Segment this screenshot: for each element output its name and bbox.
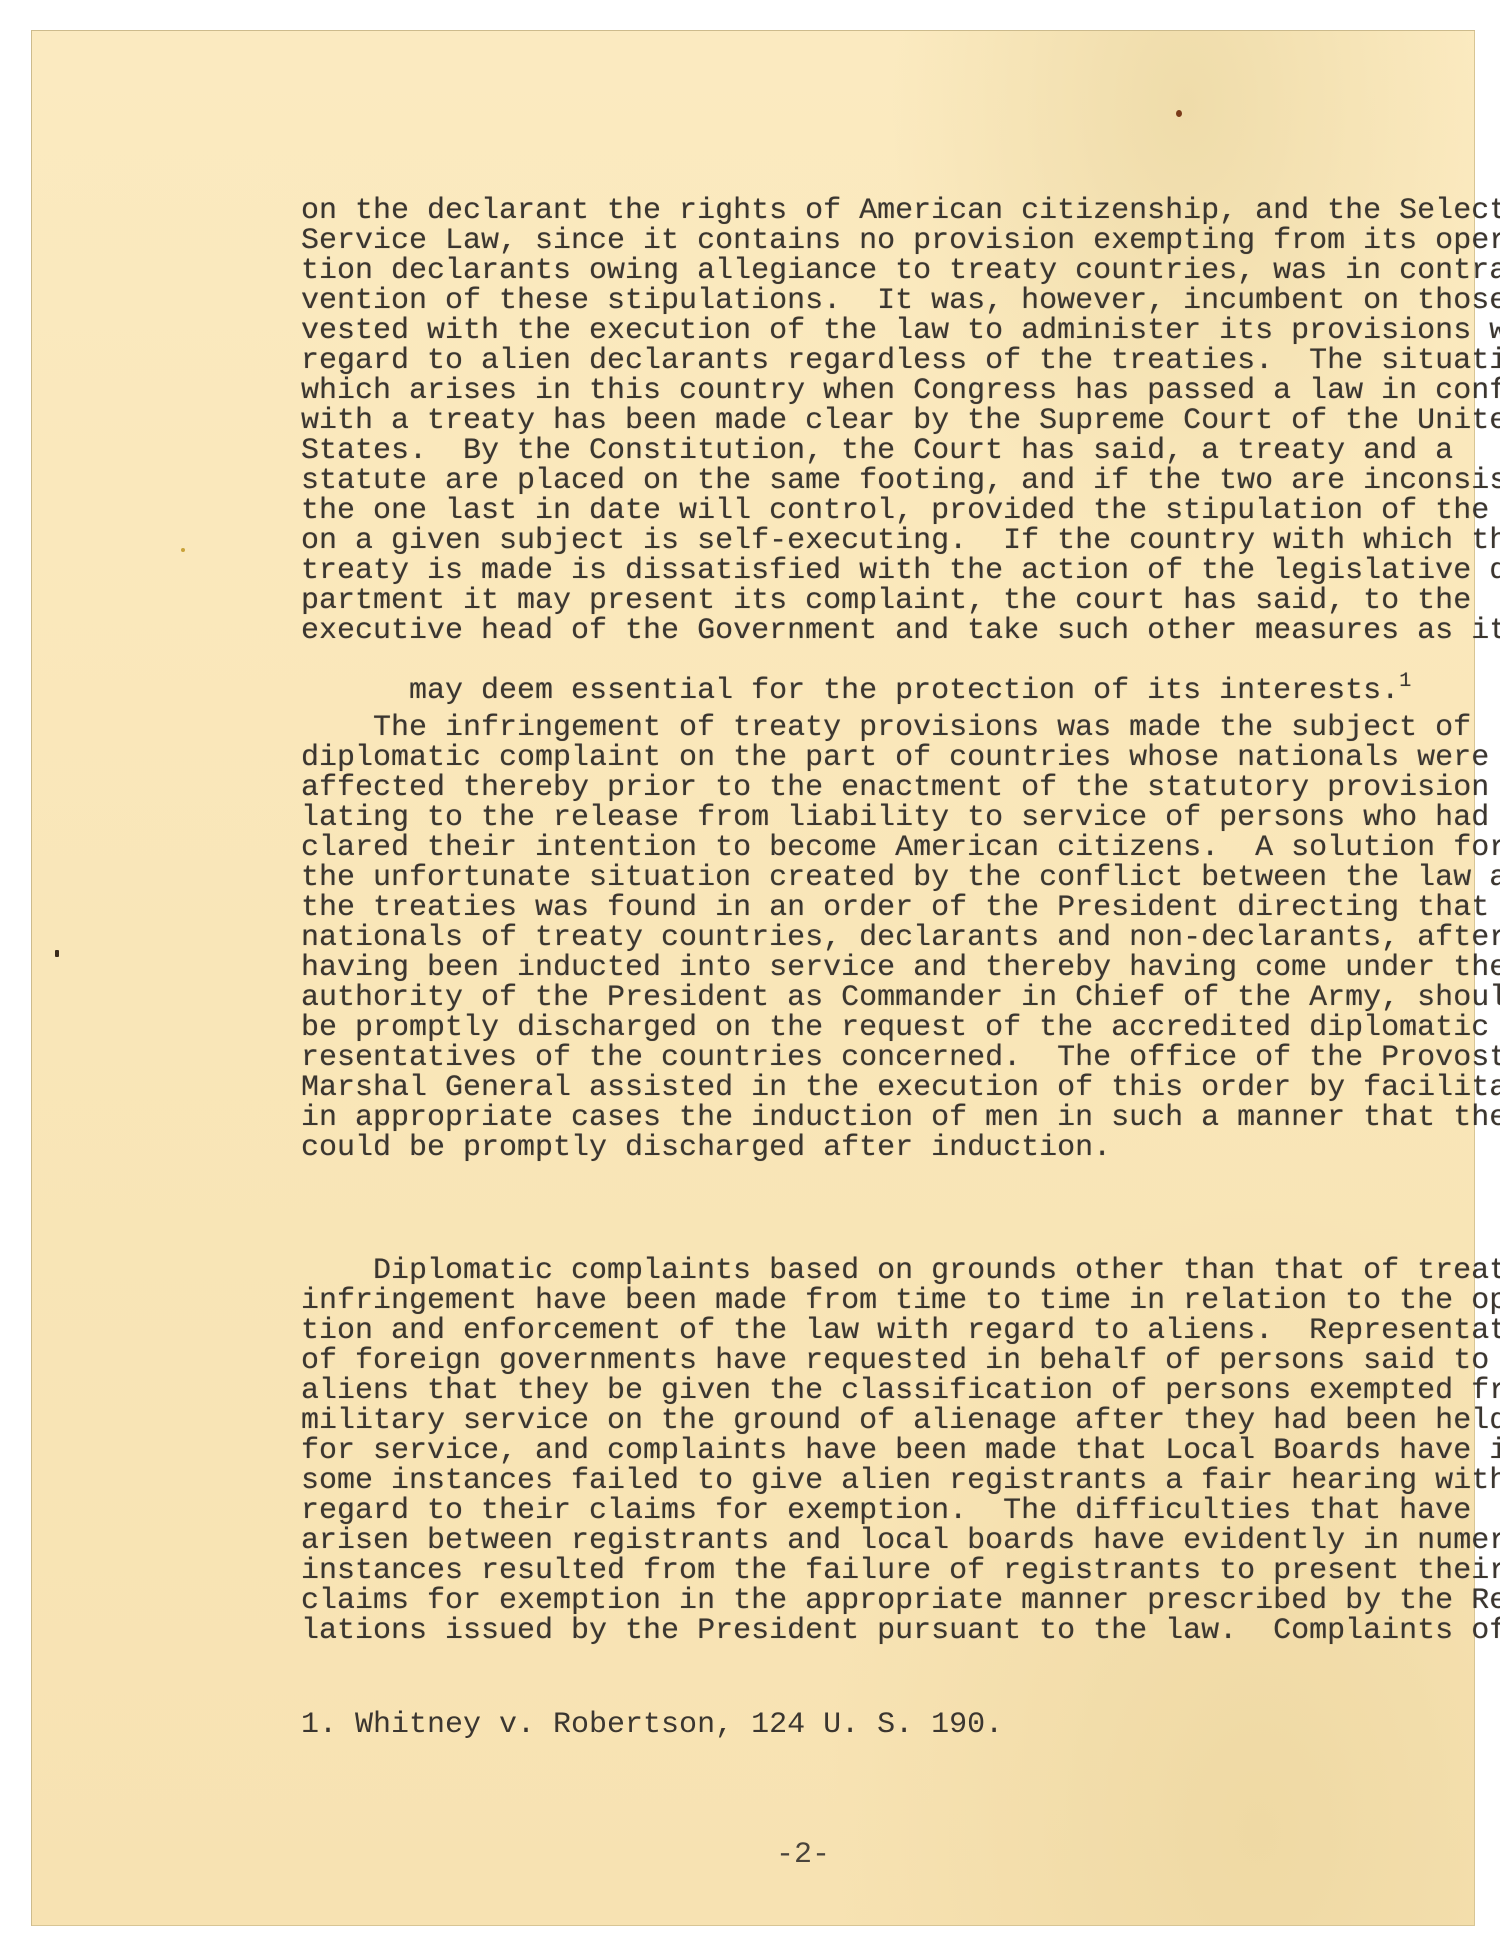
- text-line: military service on the ground of aliena…: [301, 1406, 1500, 1436]
- text-line: the one last in date will control, provi…: [301, 496, 1500, 526]
- text-line: Diplomatic complaints based on grounds o…: [373, 1256, 1500, 1286]
- text-line: the unfortunate situation created by the…: [301, 863, 1500, 893]
- ink-speck: [55, 950, 59, 957]
- text-line: The infringement of treaty provisions wa…: [373, 713, 1471, 743]
- text-line: the treaties was found in an order of th…: [301, 893, 1489, 923]
- text-line: lations issued by the President pursuant…: [301, 1616, 1500, 1646]
- text-line: statute are placed on the same footing, …: [301, 466, 1500, 496]
- text-line: authority of the President as Commander …: [301, 983, 1500, 1013]
- text-line: aliens that they be given the classifica…: [301, 1376, 1500, 1406]
- text-line: executive head of the Government and tak…: [301, 616, 1500, 646]
- text-line: for service, and complaints have been ma…: [301, 1436, 1500, 1466]
- text-line: of foreign governments have requested in…: [301, 1346, 1500, 1376]
- text-line: be promptly discharged on the request of…: [301, 1013, 1500, 1043]
- text-line: which arises in this country when Congre…: [301, 376, 1500, 406]
- text-line: Service Law, since it contains no provis…: [301, 226, 1500, 256]
- text-line: arisen between registrants and local boa…: [301, 1526, 1500, 1556]
- text-line: partment it may present its complaint, t…: [301, 586, 1471, 616]
- text-line: resentatives of the countries concerned.…: [301, 1043, 1500, 1073]
- footnote-marker: 1: [1399, 670, 1411, 693]
- text-line: on the declarant the rights of American …: [301, 196, 1500, 226]
- text-line: vention of these stipulations. It was, h…: [301, 286, 1500, 316]
- text-line: tion and enforcement of the law with reg…: [301, 1316, 1500, 1346]
- text-line-content: may deem essential for the protection of…: [409, 674, 1399, 708]
- text-line: vested with the execution of the law to …: [301, 316, 1500, 346]
- text-line: lating to the release from liability to …: [301, 803, 1500, 833]
- text-line: instances resulted from the failure of r…: [301, 1556, 1500, 1586]
- text-line: some instances failed to give alien regi…: [301, 1466, 1500, 1496]
- footnote: 1. Whitney v. Robertson, 124 U. S. 190.: [301, 1708, 1003, 1742]
- ink-speck: [181, 548, 185, 552]
- text-line: claims for exemption in the appropriate …: [301, 1586, 1500, 1616]
- text-line: could be promptly discharged after induc…: [301, 1133, 1111, 1163]
- text-line: treaty is made is dissatisfied with the …: [301, 556, 1500, 586]
- text-line: on a given subject is self-executing. If…: [301, 526, 1500, 556]
- ink-speck: [1176, 110, 1182, 117]
- text-line: having been inducted into service and th…: [301, 953, 1500, 983]
- text-line: clared their intention to become America…: [301, 833, 1500, 863]
- text-line: in appropriate cases the induction of me…: [301, 1103, 1500, 1133]
- text-line: regard to their claims for exemption. Th…: [301, 1496, 1471, 1526]
- text-line: States. By the Constitution, the Court h…: [301, 436, 1453, 466]
- paper-sheet: on the declarant the rights of American …: [31, 30, 1475, 1926]
- text-line: tion declarants owing allegiance to trea…: [301, 256, 1500, 286]
- text-line: with a treaty has been made clear by the…: [301, 406, 1500, 436]
- text-line: affected thereby prior to the enactment …: [301, 773, 1500, 803]
- text-line: regard to alien declarants regardless of…: [301, 346, 1500, 376]
- text-line: Marshal General assisted in the executio…: [301, 1073, 1500, 1103]
- text-line: infringement have been made from time to…: [301, 1286, 1500, 1316]
- page-number: -2-: [776, 1838, 830, 1872]
- text-line: diplomatic complaint on the part of coun…: [301, 743, 1489, 773]
- text-line: nationals of treaty countries, declarant…: [301, 923, 1500, 953]
